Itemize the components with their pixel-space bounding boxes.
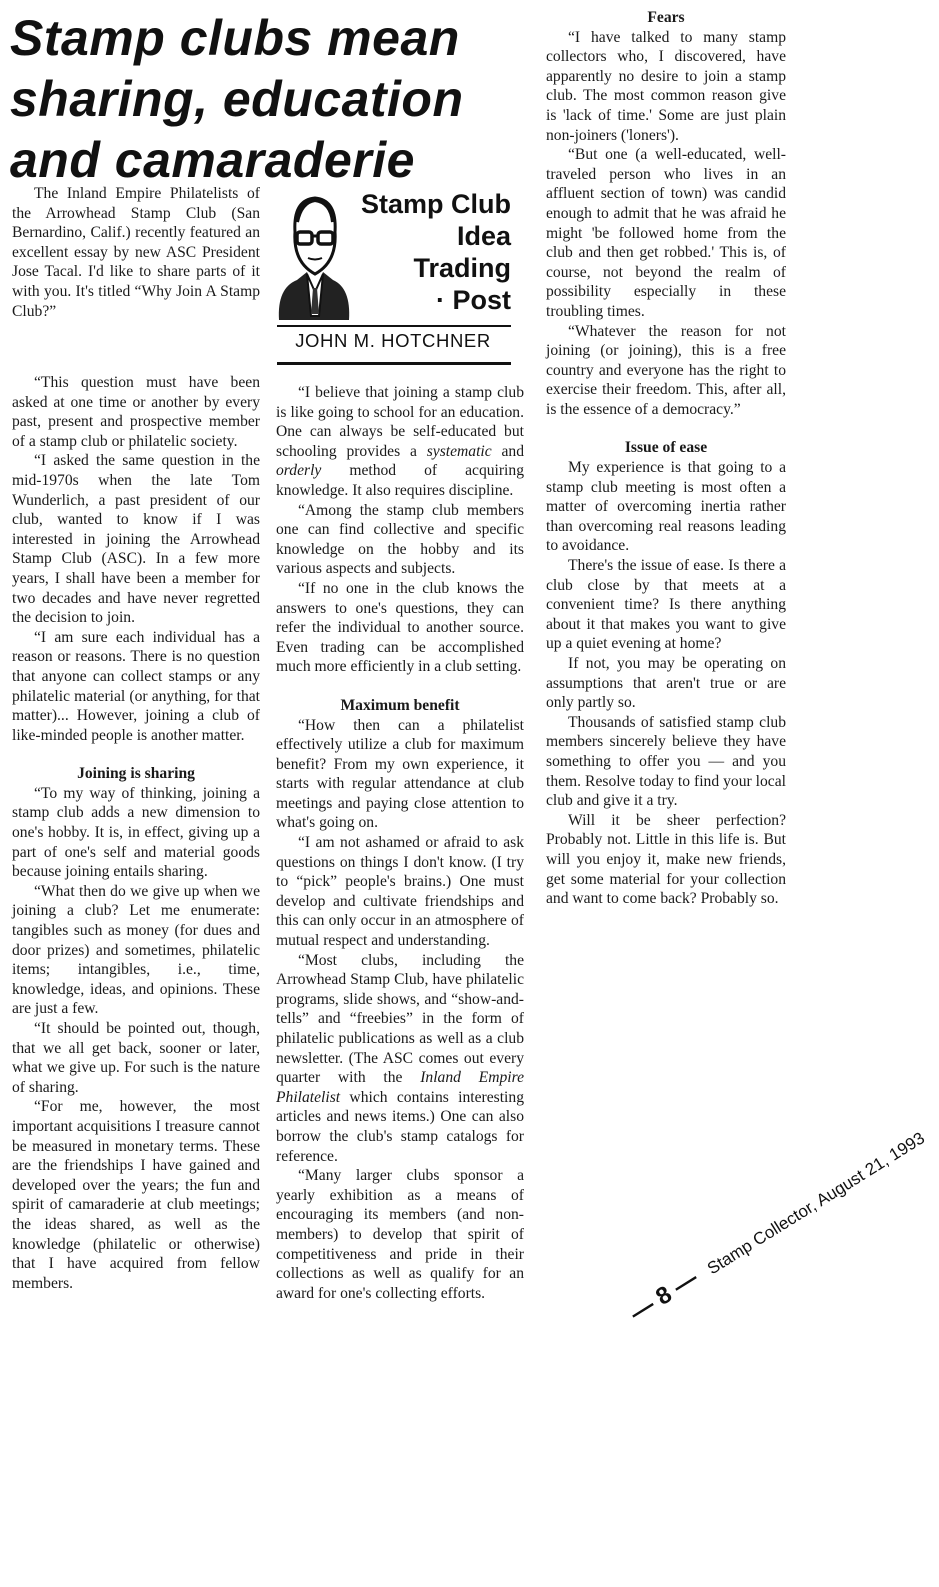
column-title: Stamp Club Idea Trading · Post (361, 188, 511, 316)
column-title-line: Stamp Club (361, 188, 511, 220)
text-run: “Most clubs, including the Arrowhead Sta… (276, 952, 524, 1087)
publication-source: Stamp Collector, August 21, 1993 (704, 1128, 928, 1278)
paragraph: “To my way of thinking, joining a stamp … (12, 784, 260, 882)
emphasis: systematic (427, 443, 492, 460)
page-footer: — 8 — Stamp Collector, August 21, 1993 (625, 1123, 929, 1328)
paragraph: “I believe that joining a stamp club is … (276, 383, 524, 501)
subhead: Issue of ease (546, 438, 786, 458)
paragraph: “Most clubs, including the Arrowhead Sta… (276, 951, 524, 1167)
paragraph: “It should be pointed out, though, that … (12, 1019, 260, 1097)
column-1: “This question must have been asked at o… (12, 373, 260, 1293)
paragraph: My experience is that going to a stamp c… (546, 458, 786, 556)
headline-line: Stamp clubs mean (10, 8, 520, 69)
column-header: Stamp Club Idea Trading · Post JOHN M. H… (275, 188, 511, 364)
column-2: “I believe that joining a stamp club is … (276, 383, 524, 1303)
column-title-line: · Post (361, 284, 511, 316)
author-portrait-icon (275, 192, 353, 322)
paragraph: “I have talked to many stamp collectors … (546, 28, 786, 146)
divider (277, 325, 511, 327)
subhead: Maximum benefit (276, 696, 524, 716)
emphasis: orderly (276, 462, 321, 479)
paragraph: “This question must have been asked at o… (12, 373, 260, 451)
headline-line: sharing, education (10, 69, 520, 130)
paragraph: Will it be sheer perfection? Probably no… (546, 811, 786, 909)
paragraph: “I am not ashamed or afraid to ask quest… (276, 833, 524, 951)
paragraph: “For me, however, the most important acq… (12, 1097, 260, 1293)
paragraph: “How then can a philatelist effectively … (276, 716, 524, 834)
paragraph: “But one (a well-educated, well-traveled… (546, 145, 786, 321)
headline: Stamp clubs mean sharing, education and … (10, 8, 520, 191)
paragraph: “What then do we give up when we joining… (12, 882, 260, 1019)
intro-paragraph: The Inland Empire Philatelists of the Ar… (12, 184, 260, 321)
headline-line: and camaraderie (10, 130, 520, 191)
page-number: — 8 — (625, 1265, 703, 1327)
subhead: Joining is sharing (12, 764, 260, 784)
paragraph: “If no one in the club knows the answers… (276, 579, 524, 677)
paragraph: Thousands of satisfied stamp club member… (546, 713, 786, 811)
paragraph: There's the issue of ease. Is there a cl… (546, 556, 786, 654)
paragraph: “Among the stamp club members one can fi… (276, 501, 524, 579)
paragraph: “Many larger clubs sponsor a yearly exhi… (276, 1166, 524, 1303)
paragraph: “Whatever the reason for not joining (or… (546, 322, 786, 420)
paragraph: If not, you may be operating on assumpti… (546, 654, 786, 713)
paragraph: “I am sure each individual has a reason … (12, 628, 260, 746)
text-run: and (492, 443, 524, 460)
divider (277, 362, 511, 365)
subhead: Fears (546, 8, 786, 28)
column-title-line: Idea (361, 220, 511, 252)
column-title-line: Trading (361, 252, 511, 284)
byline: JOHN M. HOTCHNER (275, 330, 511, 352)
paragraph: “I asked the same question in the mid-19… (12, 451, 260, 627)
column-3: Fears “I have talked to many stamp colle… (546, 8, 786, 909)
intro-block: The Inland Empire Philatelists of the Ar… (12, 184, 260, 321)
